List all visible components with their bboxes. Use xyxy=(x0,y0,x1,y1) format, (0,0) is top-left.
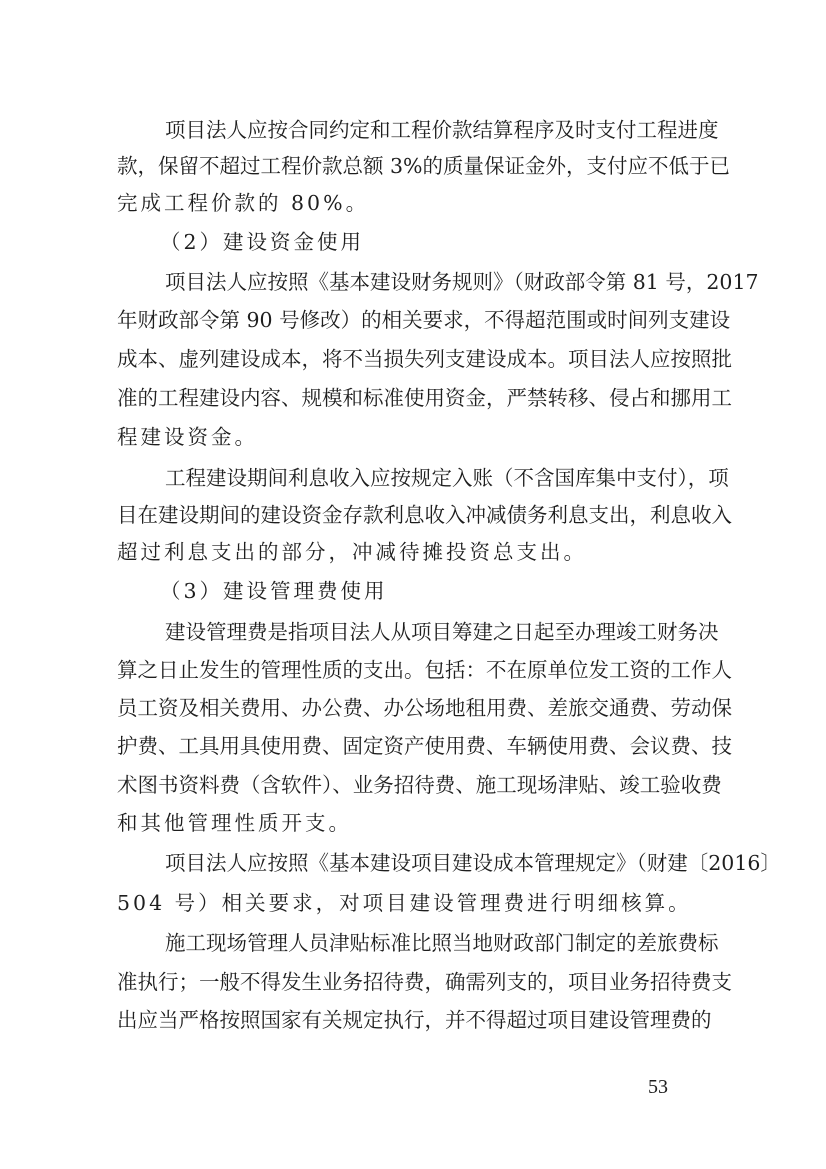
paragraph-line: 护费、工具用具使用费、固定资产使用费、车辆使用费、会议费、技 xyxy=(117,731,693,761)
paragraph-line: 和其他管理性质开支。 xyxy=(117,808,693,838)
paragraph-line: 出应当严格按照国家有关规定执行，并不得超过项目建设管理费的 xyxy=(117,1005,693,1035)
paragraph-line: 项目法人应按照《基本建设项目建设成本管理规定》（财建〔2016〕 xyxy=(165,848,693,878)
paragraph-line: 年财政部令第 90 号修改）的相关要求，不得超范围或时间列支建设 xyxy=(117,305,693,335)
paragraph-line: 成本、虚列建设成本，将不当损失列支建设成本。项目法人应按照批 xyxy=(117,344,693,374)
paragraph-line: 算之日止发生的管理性质的支出。包括：不在原单位发工资的工作人 xyxy=(117,655,693,685)
paragraph-line: 术图书资料费（含软件）、业务招待费、施工现场津贴、竣工验收费 xyxy=(117,770,693,800)
document-page: 项目法人应按合同约定和工程价款结算程序及时支付工程进度 款，保留不超过工程价款总… xyxy=(0,0,826,1169)
paragraph-line: 款，保留不超过工程价款总额 3%的质量保证金外，支付应不低于已 xyxy=(117,151,693,181)
paragraph-line: 504 号）相关要求，对项目建设管理费进行明细核算。 xyxy=(117,888,693,918)
section-heading: （2）建设资金使用 xyxy=(160,227,364,257)
paragraph-line: 超过利息支出的部分，冲减待摊投资总支出。 xyxy=(117,537,693,567)
paragraph-line: 目在建设期间的建设资金存款利息收入冲减债务利息支出，利息收入 xyxy=(117,500,693,530)
page-number: 53 xyxy=(648,1076,668,1099)
paragraph-line: 建设管理费是指项目法人从项目筹建之日起至办理竣工财务决 xyxy=(165,617,693,647)
paragraph-line: 工程建设期间利息收入应按规定入账（不含国库集中支付），项 xyxy=(165,463,693,493)
paragraph-line: 完成工程价款的 80%。 xyxy=(117,188,693,218)
paragraph-line: 项目法人应按合同约定和工程价款结算程序及时支付工程进度 xyxy=(165,115,693,145)
paragraph-line: 程建设资金。 xyxy=(117,422,693,452)
paragraph-line: 员工资及相关费用、办公费、办公场地租用费、差旅交通费、劳动保 xyxy=(117,693,693,723)
paragraph-line: 准执行；一般不得发生业务招待费，确需列支的，项目业务招待费支 xyxy=(117,967,693,997)
paragraph-line: 施工现场管理人员津贴标准比照当地财政部门制定的差旅费标 xyxy=(165,928,693,958)
paragraph-line: 项目法人应按照《基本建设财务规则》（财政部令第 81 号，2017 xyxy=(165,267,693,297)
paragraph-line: 准的工程建设内容、规模和标准使用资金，严禁转移、侵占和挪用工 xyxy=(117,383,693,413)
section-heading: （3）建设管理费使用 xyxy=(160,576,388,606)
